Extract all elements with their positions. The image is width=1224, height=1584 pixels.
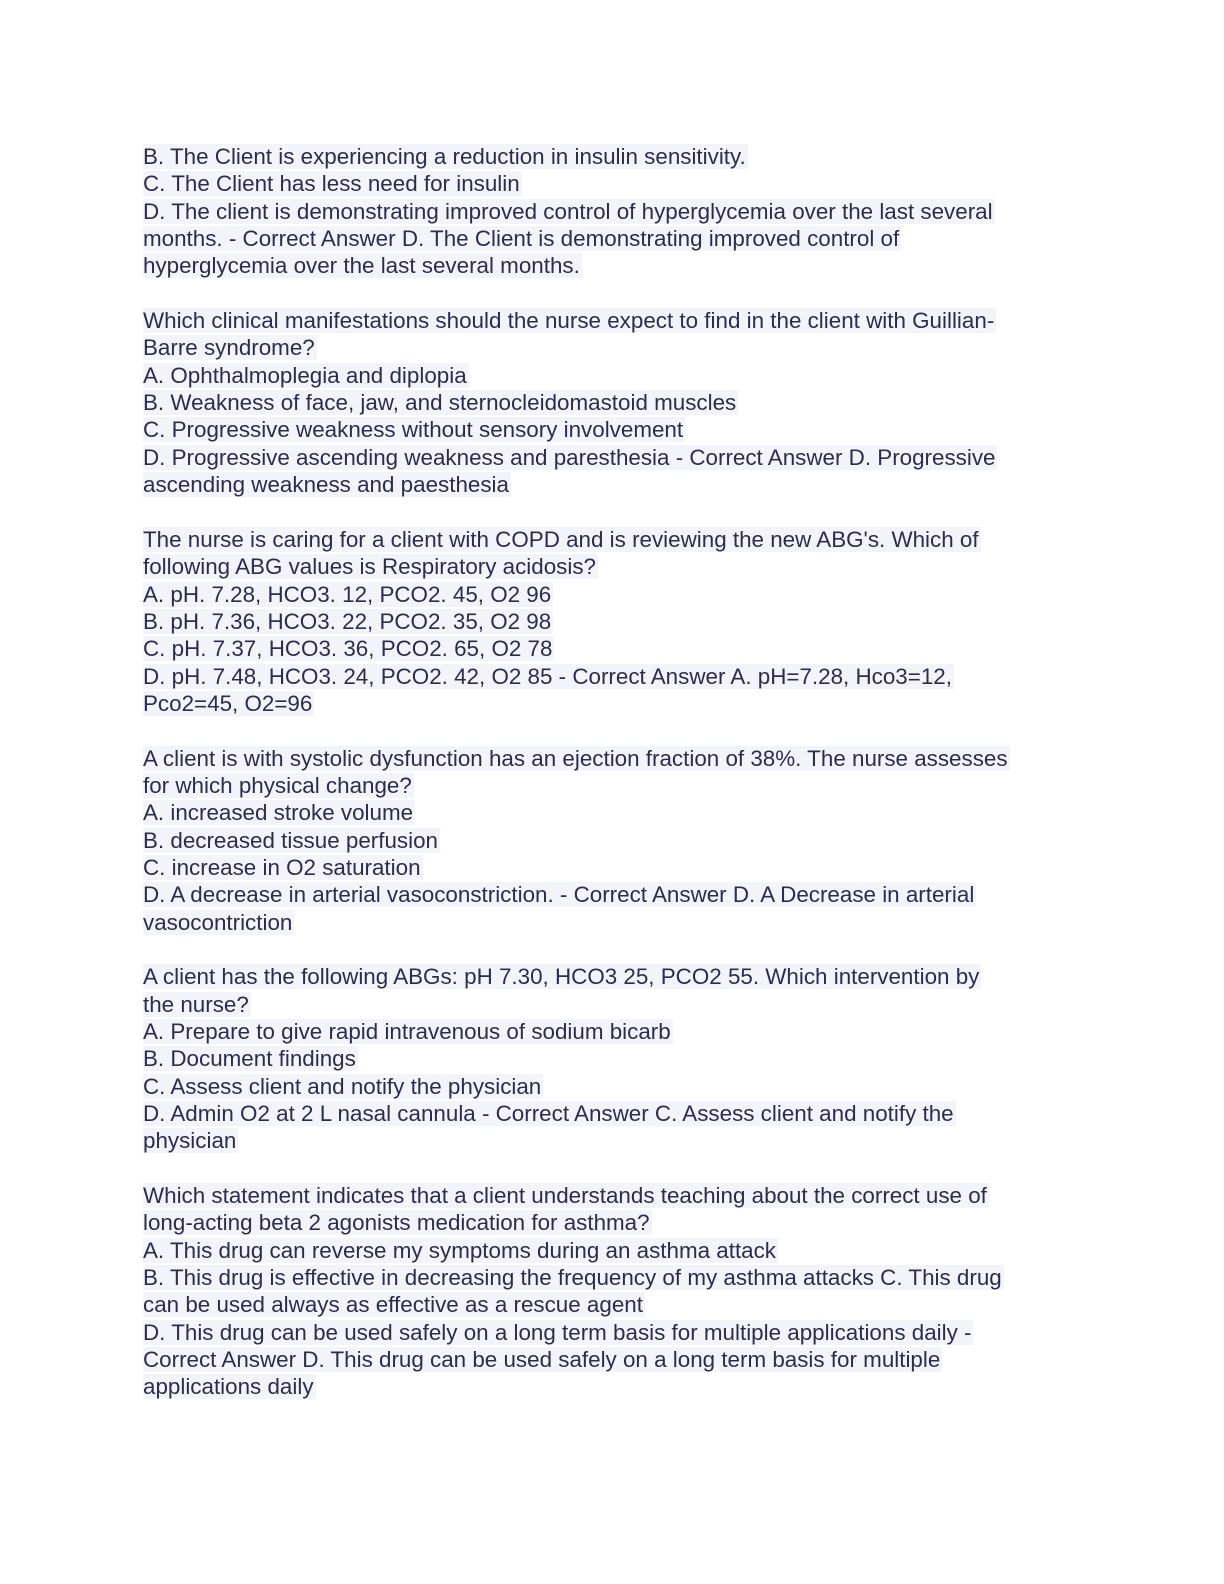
text-line-content: The nurse is caring for a client with CO… — [143, 527, 981, 552]
text-line-content: C. Assess client and notify the physicia… — [143, 1074, 543, 1099]
text-line: A. Prepare to give rapid intravenous of … — [143, 1018, 1083, 1045]
text-line-content: C. pH. 7.37, HCO3. 36, PCO2. 65, O2 78 — [143, 636, 554, 661]
text-line: A. increased stroke volume — [143, 799, 1083, 826]
text-line-content: vasocontriction — [143, 910, 294, 935]
text-line-content: A. increased stroke volume — [143, 800, 415, 825]
text-line: B. Weakness of face, jaw, and sternoclei… — [143, 389, 1083, 416]
text-line: applications daily — [143, 1373, 1083, 1400]
text-line: C. pH. 7.37, HCO3. 36, PCO2. 65, O2 78 — [143, 635, 1083, 662]
text-line: Which clinical manifestations should the… — [143, 307, 1083, 334]
text-line: A. This drug can reverse my symptoms dur… — [143, 1237, 1083, 1264]
text-line: months. - Correct Answer D. The Client i… — [143, 225, 1083, 252]
text-line-content: for which physical change? — [143, 773, 414, 798]
text-line: can be used always as effective as a res… — [143, 1291, 1083, 1318]
text-line-content: Which clinical manifestations should the… — [143, 308, 996, 333]
text-line: C. Assess client and notify the physicia… — [143, 1073, 1083, 1100]
text-line-content: Barre syndrome? — [143, 335, 317, 360]
text-line-content: C. Progressive weakness without sensory … — [143, 417, 685, 442]
document-page: B. The Client is experiencing a reductio… — [143, 143, 1083, 1428]
text-line-content: the nurse? — [143, 992, 251, 1017]
text-line: physician — [143, 1127, 1083, 1154]
text-line: A. Ophthalmoplegia and diplopia — [143, 362, 1083, 389]
text-line-content: D. A decrease in arterial vasoconstricti… — [143, 882, 976, 907]
question-block: B. The Client is experiencing a reductio… — [143, 143, 1083, 280]
text-line-content: B. This drug is effective in decreasing … — [143, 1265, 1004, 1290]
text-line-content: D. The client is demonstrating improved … — [143, 199, 995, 224]
text-line: ascending weakness and paesthesia — [143, 471, 1083, 498]
text-line: D. Progressive ascending weakness and pa… — [143, 444, 1083, 471]
text-line: B. pH. 7.36, HCO3. 22, PCO2. 35, O2 98 — [143, 608, 1083, 635]
text-line-content: C. increase in O2 saturation — [143, 855, 423, 880]
text-line-content: B. The Client is experiencing a reductio… — [143, 144, 748, 169]
text-line: D. The client is demonstrating improved … — [143, 198, 1083, 225]
text-line-content: applications daily — [143, 1374, 316, 1399]
text-line: The nurse is caring for a client with CO… — [143, 526, 1083, 553]
text-line-content: C. The Client has less need for insulin — [143, 171, 522, 196]
text-line-content: A. This drug can reverse my symptoms dur… — [143, 1238, 778, 1263]
text-line: B. decreased tissue perfusion — [143, 827, 1083, 854]
text-line: hyperglycemia over the last several mont… — [143, 252, 1083, 279]
question-block: Which statement indicates that a client … — [143, 1182, 1083, 1401]
text-line: Correct Answer D. This drug can be used … — [143, 1346, 1083, 1373]
text-line-content: B. decreased tissue perfusion — [143, 828, 440, 853]
text-line: B. Document findings — [143, 1045, 1083, 1072]
text-line-content: Correct Answer D. This drug can be used … — [143, 1347, 942, 1372]
text-line-content: A. Prepare to give rapid intravenous of … — [143, 1019, 673, 1044]
question-block: A client is with systolic dysfunction ha… — [143, 745, 1083, 936]
text-line: A client is with systolic dysfunction ha… — [143, 745, 1083, 772]
text-line: C. Progressive weakness without sensory … — [143, 416, 1083, 443]
text-line: B. The Client is experiencing a reductio… — [143, 143, 1083, 170]
text-line: C. The Client has less need for insulin — [143, 170, 1083, 197]
text-line: for which physical change? — [143, 772, 1083, 799]
text-line: A. pH. 7.28, HCO3. 12, PCO2. 45, O2 96 — [143, 581, 1083, 608]
text-line-content: physician — [143, 1128, 238, 1153]
text-line-content: B. Weakness of face, jaw, and sternoclei… — [143, 390, 738, 415]
text-line-content: can be used always as effective as a res… — [143, 1292, 645, 1317]
text-line-content: long-acting beta 2 agonists medication f… — [143, 1210, 652, 1235]
text-line-content: D. Admin O2 at 2 L nasal cannula - Corre… — [143, 1101, 956, 1126]
text-line-content: D. Progressive ascending weakness and pa… — [143, 445, 997, 470]
question-block: The nurse is caring for a client with CO… — [143, 526, 1083, 717]
text-line-content: D. This drug can be used safely on a lon… — [143, 1320, 973, 1345]
text-line: following ABG values is Respiratory acid… — [143, 553, 1083, 580]
text-line-content: A client has the following ABGs: pH 7.30… — [143, 964, 981, 989]
text-line: B. This drug is effective in decreasing … — [143, 1264, 1083, 1291]
text-line: the nurse? — [143, 991, 1083, 1018]
text-line: Pco2=45, O2=96 — [143, 690, 1083, 717]
text-line-content: B. Document findings — [143, 1046, 358, 1071]
text-line: D. This drug can be used safely on a lon… — [143, 1319, 1083, 1346]
text-line-content: A client is with systolic dysfunction ha… — [143, 746, 1010, 771]
text-line-content: Pco2=45, O2=96 — [143, 691, 314, 716]
text-line-content: A. pH. 7.28, HCO3. 12, PCO2. 45, O2 96 — [143, 582, 553, 607]
text-line: A client has the following ABGs: pH 7.30… — [143, 963, 1083, 990]
text-line-content: ascending weakness and paesthesia — [143, 472, 511, 497]
text-line: D. A decrease in arterial vasoconstricti… — [143, 881, 1083, 908]
text-line: C. increase in O2 saturation — [143, 854, 1083, 881]
text-line: vasocontriction — [143, 909, 1083, 936]
text-line-content: D. pH. 7.48, HCO3. 24, PCO2. 42, O2 85 -… — [143, 664, 954, 689]
text-line-content: Which statement indicates that a client … — [143, 1183, 989, 1208]
text-line-content: B. pH. 7.36, HCO3. 22, PCO2. 35, O2 98 — [143, 609, 553, 634]
text-line: Which statement indicates that a client … — [143, 1182, 1083, 1209]
text-line: long-acting beta 2 agonists medication f… — [143, 1209, 1083, 1236]
text-line: D. pH. 7.48, HCO3. 24, PCO2. 42, O2 85 -… — [143, 663, 1083, 690]
question-block: Which clinical manifestations should the… — [143, 307, 1083, 498]
text-line: Barre syndrome? — [143, 334, 1083, 361]
text-line: D. Admin O2 at 2 L nasal cannula - Corre… — [143, 1100, 1083, 1127]
text-line-content: following ABG values is Respiratory acid… — [143, 554, 598, 579]
text-line-content: A. Ophthalmoplegia and diplopia — [143, 363, 469, 388]
question-block: A client has the following ABGs: pH 7.30… — [143, 963, 1083, 1154]
text-line-content: months. - Correct Answer D. The Client i… — [143, 226, 901, 251]
text-line-content: hyperglycemia over the last several mont… — [143, 253, 582, 278]
